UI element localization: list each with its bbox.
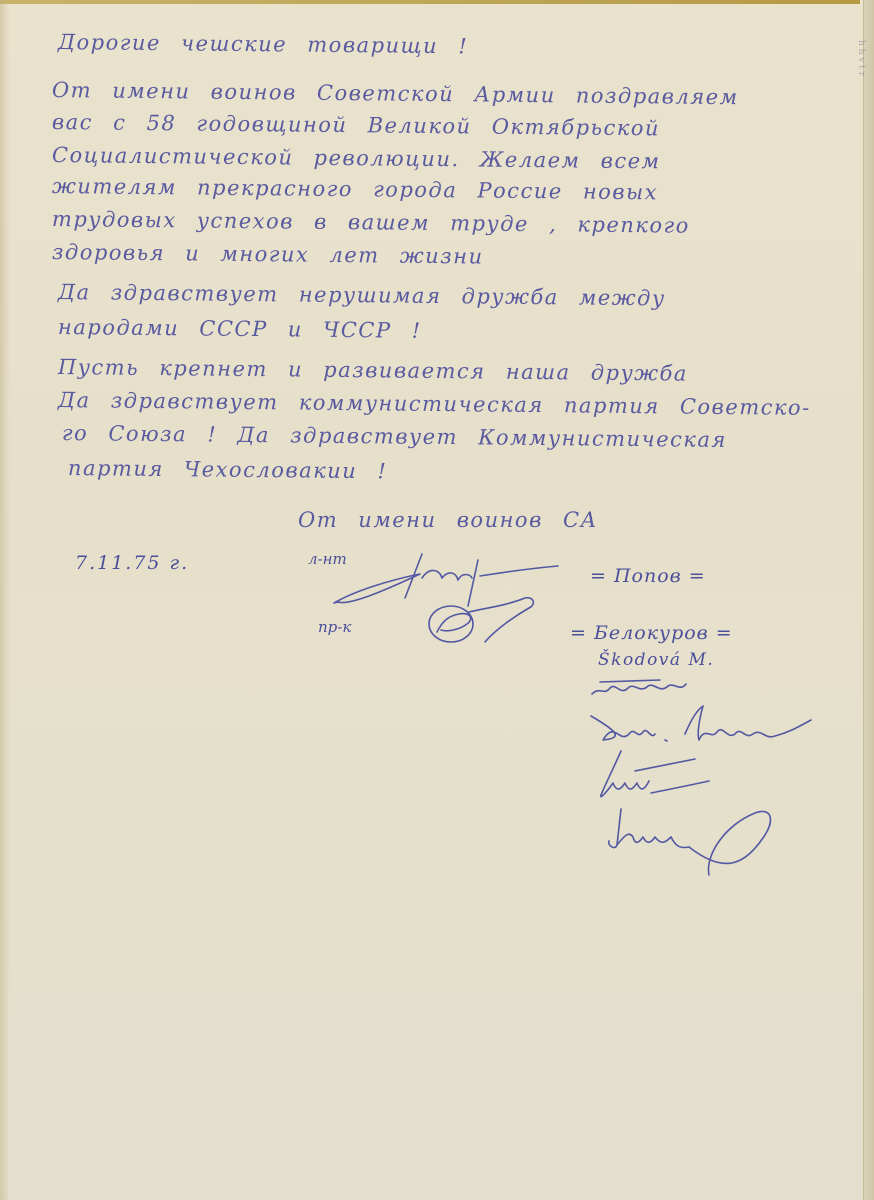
signature-short	[595, 745, 715, 805]
date: 7.11.75 г.	[75, 552, 189, 574]
slogan-line: народами СССР и ЧССР !	[58, 315, 422, 343]
greeting: Дорогие чешские товарищи !	[58, 30, 469, 58]
closing-line: От имени воинов СА	[298, 508, 598, 532]
body-line: Социалистической революции. Желаем всем	[52, 143, 661, 173]
document-page: h h v t r Дорогие чешские товарищи ! От …	[0, 0, 874, 1200]
body-line: вас с 58 годовщиной Великой Октябрьской	[52, 110, 660, 140]
adjacent-page-bleed-text: h h v t r	[866, 40, 872, 76]
body-line: От имени воинов Советской Армии поздравл…	[52, 78, 739, 109]
signatory-name: Škodová M.	[598, 650, 714, 670]
left-page-shadow	[0, 0, 10, 1200]
signatory-rank: пр-к	[318, 618, 351, 636]
slogan-line: Пусть крепнет и развивается наша дружба	[58, 355, 688, 386]
body-line: трудовых успехов в вашем труде , крепког…	[52, 207, 690, 238]
slogan-line: го Союза ! Да здравствует Коммунистическ…	[62, 421, 727, 452]
signature-belokurov	[425, 590, 555, 650]
signatory-name: = Попов =	[590, 565, 706, 587]
signature-small-scribble	[590, 678, 690, 700]
slogan-line: Да здравствует коммунистическая партия С…	[58, 388, 811, 420]
body-line: жителям прекрасного города Россие новых	[52, 174, 658, 204]
top-edge-band	[0, 0, 860, 4]
slogan-line: Да здравствует нерушимая дружба между	[58, 280, 666, 310]
signatory-name: = Белокуров =	[570, 622, 733, 644]
slogan-line: партия Чехословакии !	[68, 456, 388, 483]
binding-strip: h h v t r	[863, 0, 874, 1200]
signature-final	[605, 805, 785, 885]
body-line: здоровья и многих лет жизни	[52, 240, 484, 269]
